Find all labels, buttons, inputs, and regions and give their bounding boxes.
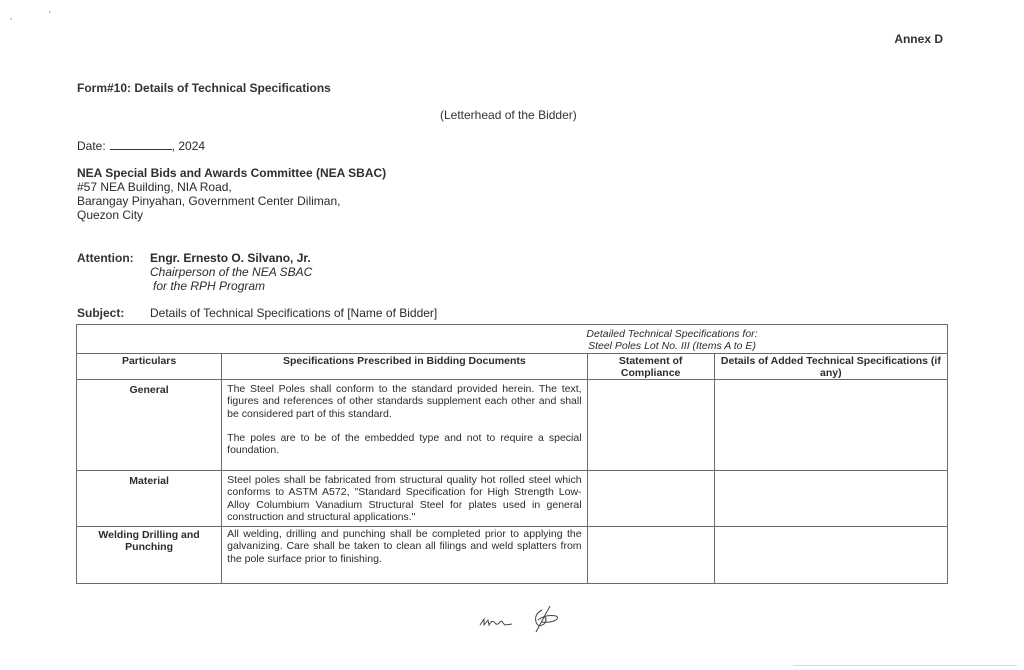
scan-speck: ' [49, 10, 51, 19]
particular-cell: Material [77, 471, 222, 527]
compliance-cell[interactable] [587, 471, 714, 527]
particular-cell: General [77, 380, 222, 471]
specification-cell: All welding, drilling and punching shall… [222, 527, 587, 584]
header-specifications: Specifications Prescribed in Bidding Doc… [222, 354, 587, 380]
scan-speck: , [10, 12, 12, 21]
header-statement-of-compliance: Statement of Compliance [587, 354, 714, 380]
address-line: #57 NEA Building, NIA Road, [77, 180, 386, 194]
address-line: Quezon City [77, 208, 386, 222]
handwritten-initials-icon [478, 611, 514, 631]
attention-program: for the RPH Program [150, 279, 312, 293]
bottom-divider [793, 665, 1017, 666]
addressee-organization: NEA Special Bids and Awards Committee (N… [77, 166, 386, 180]
signature-icon [528, 604, 562, 634]
date-line: Date:, 2024 [77, 139, 205, 153]
specification-paragraph: The poles are to be of the embedded type… [227, 432, 581, 457]
attention-label: Attention: [77, 251, 150, 265]
date-year: , 2024 [172, 139, 205, 153]
annex-label: Annex D [894, 32, 943, 46]
specification-paragraph: Steel poles shall be fabricated from str… [227, 474, 581, 523]
compliance-cell[interactable] [587, 527, 714, 584]
table-caption: Detailed Technical Specifications for: S… [77, 325, 948, 354]
table-caption-line: Steel Poles Lot No. III (Items A to E) [397, 340, 947, 352]
technical-specifications-table: Detailed Technical Specifications for: S… [76, 324, 948, 584]
subject-line: Subject:Details of Technical Specificati… [77, 306, 437, 320]
letterhead-placeholder: (Letterhead of the Bidder) [440, 108, 577, 122]
table-caption-line: Detailed Technical Specifications for: [397, 328, 947, 340]
added-details-cell[interactable] [714, 527, 947, 584]
table-row: Material Steel poles shall be fabricated… [77, 471, 948, 527]
table-row: General The Steel Poles shall conform to… [77, 380, 948, 471]
header-added-details: Details of Added Technical Specification… [714, 354, 947, 380]
table-header-row: Particulars Specifications Prescribed in… [77, 354, 948, 380]
attention-title: Chairperson of the NEA SBAC [150, 265, 312, 279]
specification-paragraph: All welding, drilling and punching shall… [227, 528, 581, 565]
date-label: Date: [77, 139, 106, 153]
particular-cell: Welding Drilling and Punching [77, 527, 222, 584]
date-blank-field[interactable] [110, 139, 172, 150]
table-row: Welding Drilling and Punching All weldin… [77, 527, 948, 584]
header-particulars: Particulars [77, 354, 222, 380]
subject-text: Details of Technical Specifications of [… [150, 306, 437, 320]
added-details-cell[interactable] [714, 471, 947, 527]
specification-cell: Steel poles shall be fabricated from str… [222, 471, 587, 527]
table-caption-row: Detailed Technical Specifications for: S… [77, 325, 948, 354]
subject-label: Subject: [77, 306, 150, 320]
addressee-block: NEA Special Bids and Awards Committee (N… [77, 166, 386, 222]
specification-cell: The Steel Poles shall conform to the sta… [222, 380, 587, 471]
form-title: Form#10: Details of Technical Specificat… [77, 81, 331, 95]
address-line: Barangay Pinyahan, Government Center Dil… [77, 194, 386, 208]
specification-paragraph: The Steel Poles shall conform to the sta… [227, 383, 581, 420]
attention-block: Attention: Engr. Ernesto O. Silvano, Jr.… [77, 251, 312, 293]
compliance-cell[interactable] [587, 380, 714, 471]
added-details-cell[interactable] [714, 380, 947, 471]
attention-name: Engr. Ernesto O. Silvano, Jr. [150, 251, 312, 265]
